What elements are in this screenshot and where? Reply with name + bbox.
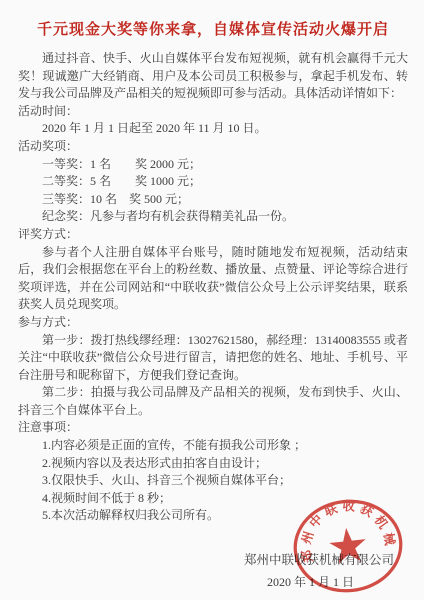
section-heading-judging: 评奖方式： (18, 226, 408, 244)
note-item-1: 1.内容必须是正面的宣传，不能有损我公司形象 ； (18, 437, 408, 455)
section-heading-prizes: 活动奖项： (18, 138, 408, 156)
participation-step-2: 第二步：拍摄与我公司品牌及产品相关的视频，发布到快手、火山、抖音三个自媒体平台上… (18, 384, 408, 419)
intro-paragraph: 通过抖音、快手、火山自媒体平台发布短视频，就有机会赢得千元大奖！现诚邀广大经销商… (18, 50, 408, 103)
section-heading-participation: 参与方式： (18, 314, 408, 332)
document-body: 通过抖音、快手、火山自媒体平台发布短视频，就有机会赢得千元大奖！现诚邀广大经销商… (18, 50, 408, 591)
prize-line-third: 三等奖：10 名 奖 500 元； (18, 191, 408, 209)
judging-paragraph: 参与者个人注册自媒体平台账号，随时随地发布短视频，活动结束后，我们会根据您在平台… (18, 244, 408, 314)
section-heading-notes: 注意事项： (18, 419, 408, 437)
note-item-2: 2.视频内容以及表达形式由拍客自由设计； (18, 455, 408, 473)
signature-company-name: 郑州中联收获机械有限公司 (18, 551, 408, 569)
note-item-5: 5.本次活动解释权归我公司所有。 (18, 507, 408, 525)
prize-line-first: 一等奖：1 名 奖 2000 元； (18, 156, 408, 174)
signature-date: 2020 年 1 月 1 日 (18, 573, 408, 591)
prize-line-souvenir: 纪念奖：凡参与者均有机会获得精美礼品一份。 (18, 208, 408, 226)
note-item-4: 4.视频时间不低于 8 秒； (18, 490, 408, 508)
prize-line-second: 二等奖：5 名 奖 1000 元； (18, 173, 408, 191)
page-title: 千元现金大奖等你来拿，自媒体宣传活动火爆开启 (18, 20, 408, 40)
note-item-3: 3.仅限快手、火山、抖音三个视频自媒体平台； (18, 472, 408, 490)
document-page: 千元现金大奖等你来拿，自媒体宣传活动火爆开启 通过抖音、快手、火山自媒体平台发布… (0, 0, 424, 600)
document-content: 千元现金大奖等你来拿，自媒体宣传活动火爆开启 通过抖音、快手、火山自媒体平台发布… (0, 0, 424, 591)
section-line: 2020 年 1 月 1 日起至 2020 年 11 月 10 日。 (18, 120, 408, 138)
section-heading-time: 活动时间： (18, 103, 408, 121)
participation-step-1: 第一步：拨打热线缪经理：13027621580，郝经理：13140083555 … (18, 332, 408, 385)
signature-block: 郑州中联收获机械有限公司 2020 年 1 月 1 日 (18, 551, 408, 591)
